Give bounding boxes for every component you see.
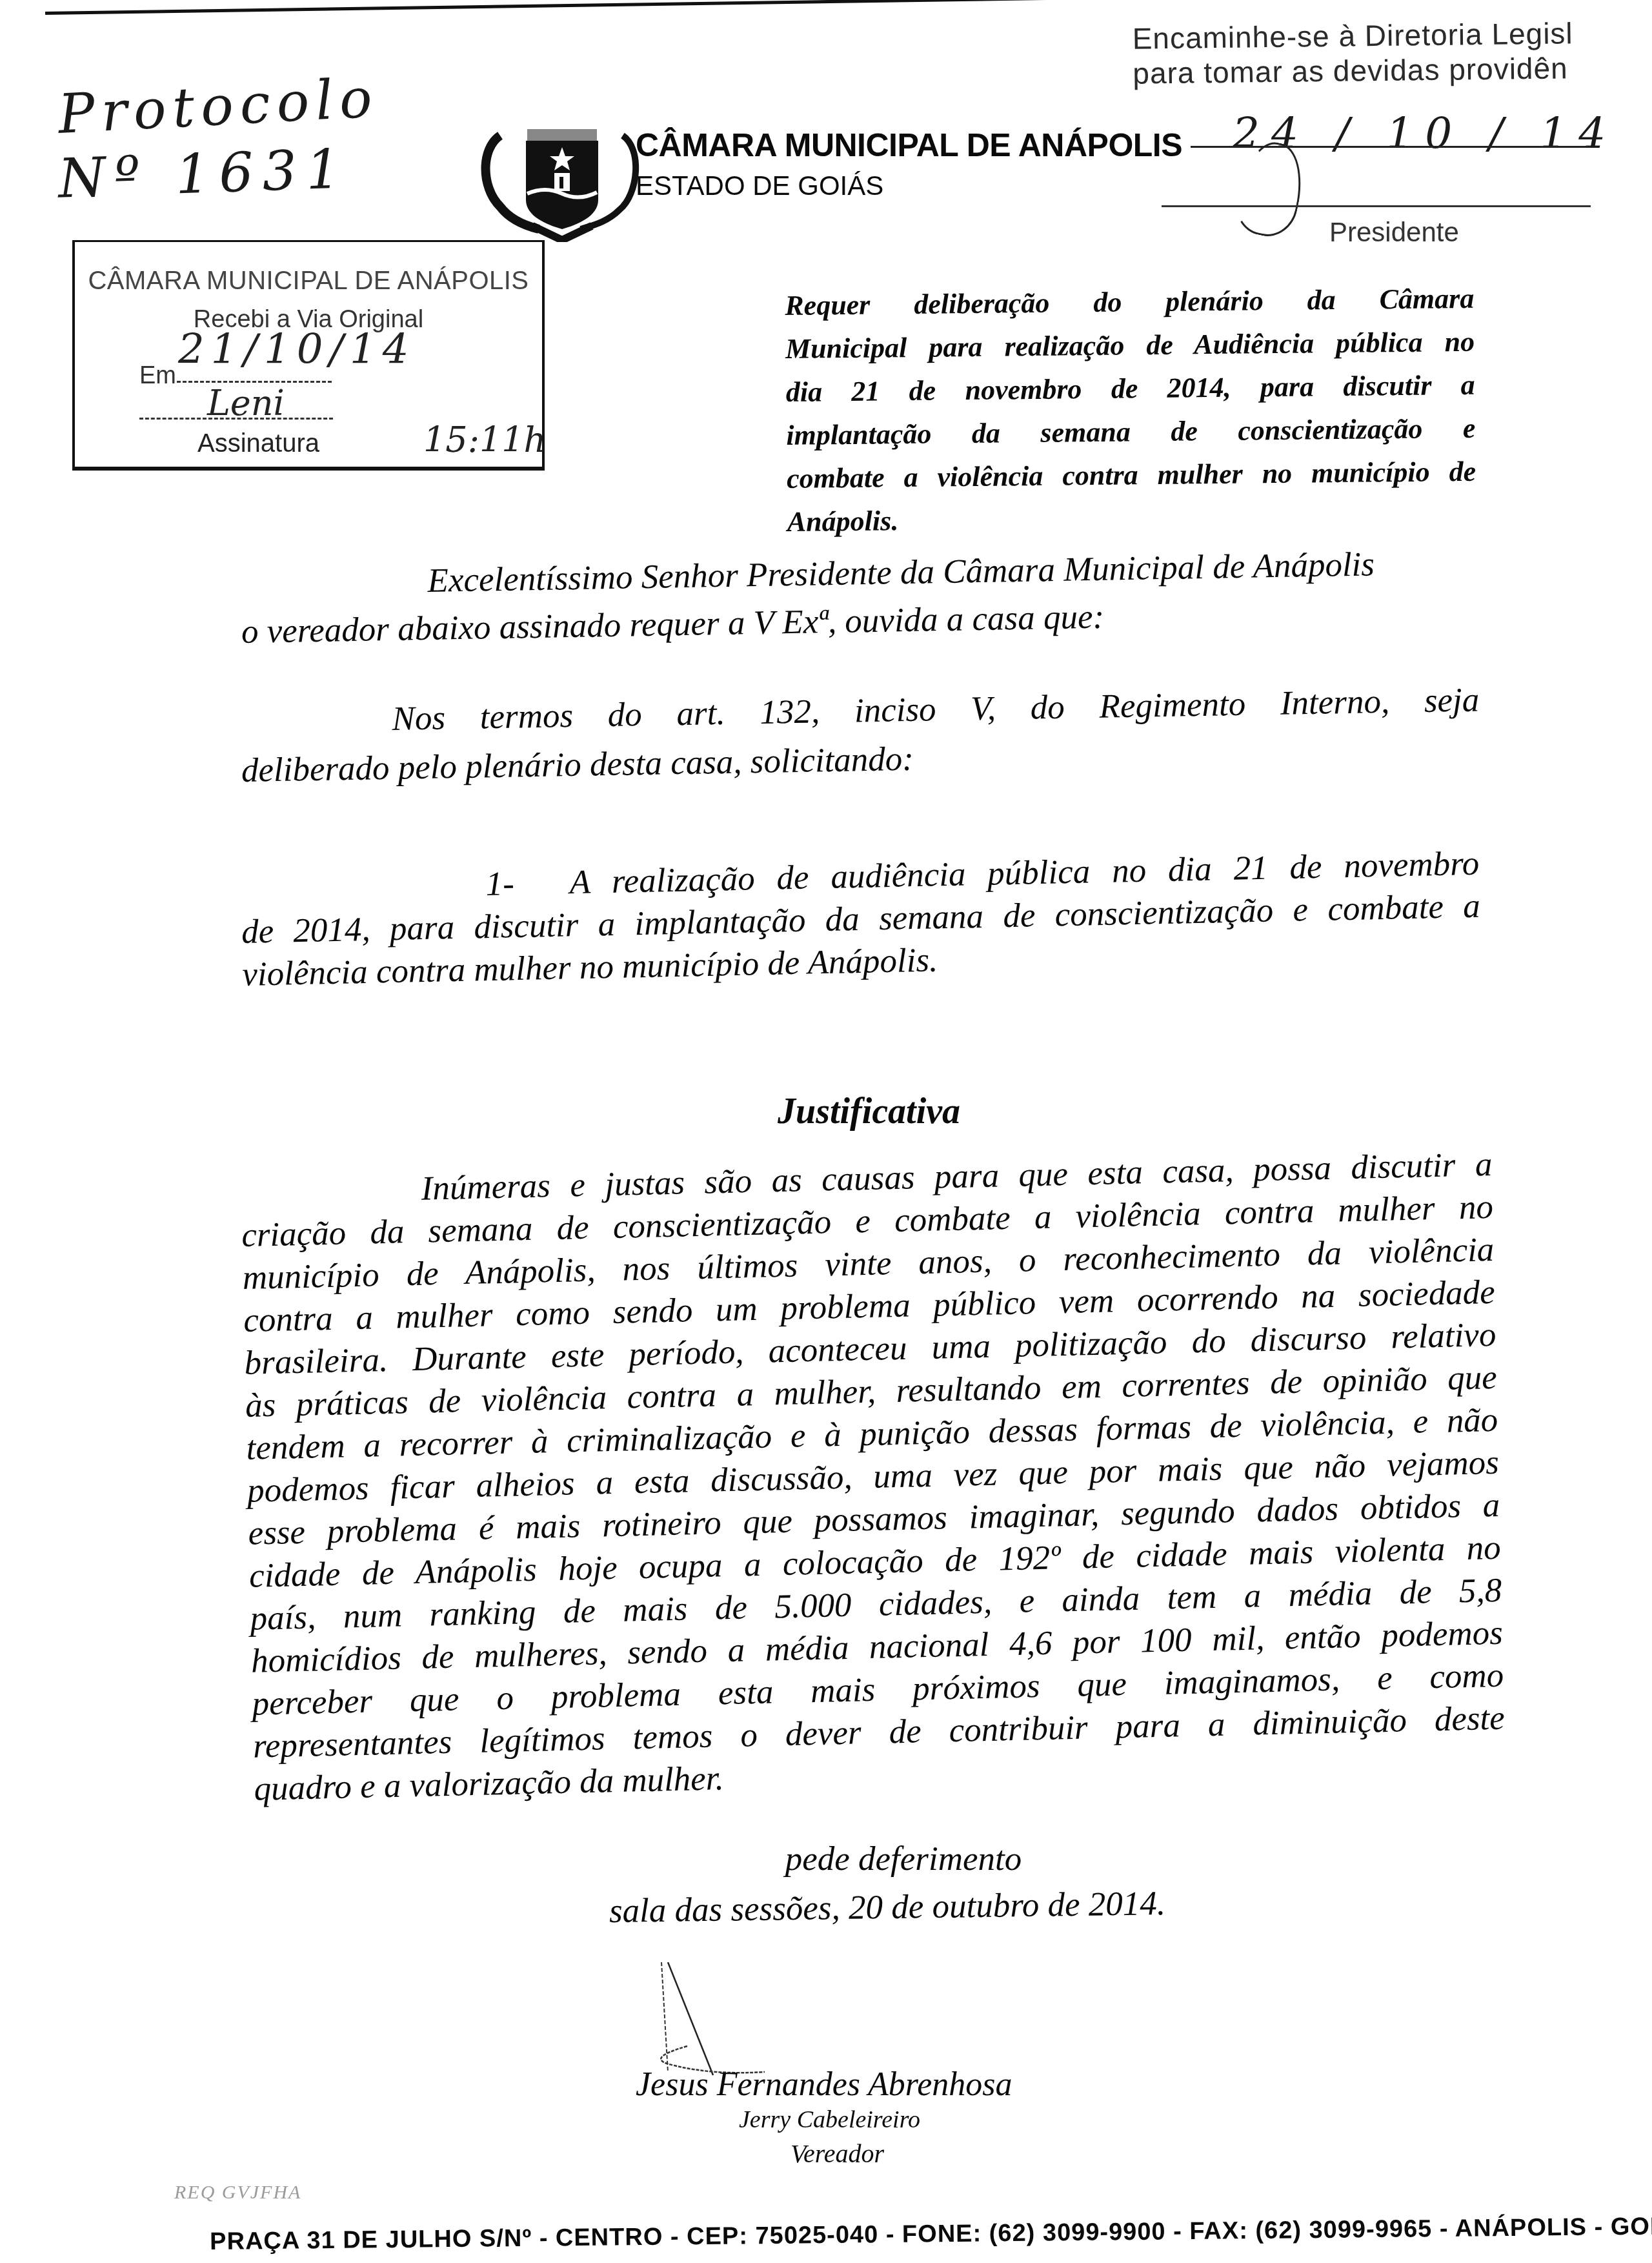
top-border-line — [45, 0, 1594, 15]
summary-line: combate a violência contra mulher no mun… — [787, 450, 1476, 500]
dispatch-note: Encaminhe-se à Diretoria Legisl para tom… — [1132, 15, 1623, 90]
summary-line: dia 21 de novembro de 2014, para discuti… — [785, 363, 1475, 414]
dispatch-line-1: Encaminhe-se à Diretoria Legisl — [1132, 15, 1623, 56]
stamp-date-handwritten: 21/10/14 — [178, 326, 415, 374]
request-item-1: 1-A realização de audiência pública no d… — [240, 842, 1482, 996]
protocol-number-handwritten: Nº 1631 — [57, 137, 350, 210]
signer-nickname: Jerry Cabeleireiro — [739, 2106, 920, 2134]
president-label: Presidente — [1329, 217, 1459, 248]
justification-heading: Justificativa — [778, 1091, 960, 1132]
stamp-signature-label: Assinatura — [197, 429, 319, 458]
institution-state: ESTADO DE GOIÁS — [636, 170, 883, 201]
closing-place-date: sala das sessões, 20 de outubro de 2014. — [61, 1876, 1652, 1938]
dispatch-line-2: para tomar as devidas providên — [1133, 50, 1624, 90]
municipal-crest-icon — [474, 97, 649, 242]
signer-role: Vereador — [791, 2138, 884, 2169]
stamp-signature-line — [139, 418, 333, 420]
signer-name: Jesus Fernandes Abrenhosa — [636, 2065, 1012, 2104]
dispatch-date-line — [1191, 146, 1591, 148]
item-number: 1- — [485, 861, 570, 906]
summary-line: Requer deliberação do plenário da Câmara — [785, 277, 1475, 327]
closing-request: pede deferimento — [77, 1840, 1652, 1878]
request-summary: Requer deliberação do plenário da Câmara… — [785, 277, 1476, 543]
document-reference-code: REQ GVJFHA — [174, 2182, 301, 2204]
summary-line: Municipal para realização de Audiência p… — [785, 320, 1475, 370]
salutation-paragraph: Excelentíssimo Senhor Presidente da Câma… — [240, 542, 1474, 653]
summary-line: implantação da semana de conscientização… — [786, 407, 1476, 457]
receipt-stamp: CÂMARA MUNICIPAL DE ANÁPOLIS Recebi a Vi… — [72, 240, 545, 471]
institution-title: CÂMARA MUNICIPAL DE ANÁPOLIS — [636, 127, 1182, 164]
protocol-label-handwritten: Protocolo — [57, 66, 380, 146]
footer-address: PRAÇA 31 DE JULHO S/Nº - CENTRO - CEP: 7… — [210, 2213, 1652, 2256]
president-signature-line — [1162, 205, 1591, 207]
signature-scribble — [649, 1962, 797, 2078]
summary-line: Anápolis. — [787, 493, 1477, 543]
stamp-title: CÂMARA MUNICIPAL DE ANÁPOLIS — [75, 267, 542, 296]
justification-paragraph: Inúmeras e justas são as causas para que… — [240, 1143, 1506, 1811]
stamp-em-label: Em — [139, 362, 176, 390]
stamp-time-handwritten: 15:11h — [423, 420, 546, 460]
legal-basis-paragraph: Nos termos do art. 132, inciso V, do Reg… — [240, 678, 1480, 791]
